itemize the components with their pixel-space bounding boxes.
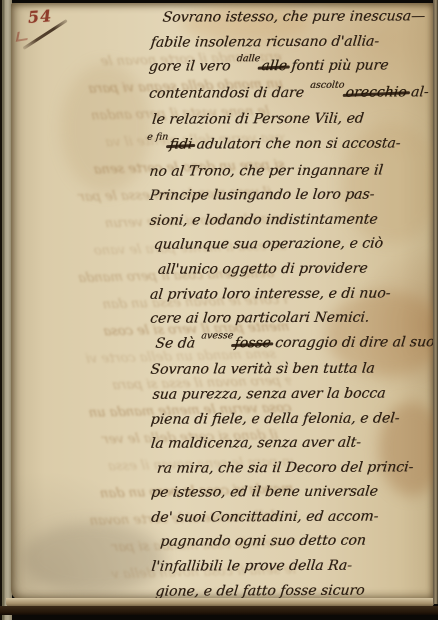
manuscript-line: ra mira, che sia il Decoro del princi- xyxy=(156,455,434,481)
line-text: sua purezza, senza aver la bocca xyxy=(152,385,387,402)
manuscript-line: Sovrano la verità sì ben tutta la xyxy=(149,357,434,383)
line-text: l'infallibili le prove della Ra- xyxy=(151,558,353,575)
manuscript-line: pe istesso, ed il bene universale xyxy=(150,480,434,506)
line-text: al privato loro interesse, e di nuo- xyxy=(149,285,391,302)
line-text: fabile insolenza ricusano d'allia- xyxy=(150,33,380,50)
manuscript-line: Sovrano istesso, che pure inescusa— xyxy=(161,4,434,30)
line-text: Sovrano istesso, che pure inescusa— xyxy=(162,8,426,25)
folio-number: 54 xyxy=(27,6,53,27)
line-text: sioni, e lodando indistintamente xyxy=(149,211,379,228)
manuscript-line: piena di fiele, e della felonia, e del- xyxy=(149,406,434,432)
struck-out-word: fosse xyxy=(234,335,272,351)
page-right-edge xyxy=(433,0,438,604)
line-text: le relazioni di Persone Vili, ed xyxy=(151,111,364,128)
manuscript-line: Se dà avessefosse coraggio di dire al su… xyxy=(154,330,434,358)
line-text: pagnando ogni suo detto con xyxy=(159,533,366,550)
folio-small-mark xyxy=(16,30,29,42)
line-text: all'unico oggetto di providere xyxy=(157,261,368,278)
line-text: cere ai loro particolari Nemici. xyxy=(149,310,370,327)
line-text: pe istesso, ed il bene universale xyxy=(150,484,378,501)
manuscript-line: pagnando ogni suo detto con xyxy=(159,529,434,555)
line-text: coraggio di dire al suo xyxy=(270,334,434,351)
manuscript-line: de' suoi Concittadini, ed accom- xyxy=(150,504,434,530)
manuscript-line: contentandosi di dare ascoltoorecchio al… xyxy=(148,80,434,108)
inserted-correction-word: ascolto xyxy=(309,74,346,99)
line-text: gione, e del fatto fosse sicuro xyxy=(155,582,366,599)
manuscript-line: e finfidi adulatori che non si accosta- xyxy=(144,131,434,159)
line-text: de' suoi Concittadini, ed accom- xyxy=(150,508,379,525)
line-text: piena di fiele, e della felonia, e del- xyxy=(150,410,400,427)
manuscript-line: sioni, e lodando indistintamente xyxy=(148,207,434,233)
line-text: no al Trono, che per ingannare il xyxy=(149,162,384,179)
manuscript-line: la maldicenza, senza aver alt- xyxy=(150,430,434,456)
line-text: Se dà xyxy=(155,335,201,351)
manuscript-line: gione, e del fatto fosse sicuro xyxy=(154,578,434,600)
manuscript-line: le relazioni di Persone Vili, ed xyxy=(151,107,434,133)
line-text: qualunque sua operazione, e ciò xyxy=(153,236,384,253)
manuscript-line: qualunque sua operazione, e ciò xyxy=(152,232,434,258)
line-text: contentandosi di dare xyxy=(148,85,309,102)
manuscript-line: no al Trono, che per ingannare il xyxy=(148,158,434,184)
struck-out-word: alle xyxy=(261,58,288,74)
line-text: ra mira, che sia il Decoro del princi- xyxy=(156,459,414,476)
line-text: Sovrano la verità sì ben tutta la xyxy=(150,361,376,378)
manuscript-line: cere ai loro particolari Nemici. xyxy=(149,305,434,331)
manuscript-line: l'infallibili le prove della Ra- xyxy=(150,553,434,579)
line-text: fonti più pure xyxy=(286,58,389,75)
manuscript-line: Principe lusingando le loro pas- xyxy=(148,182,434,208)
line-text: adulatori che non si accosta- xyxy=(191,135,401,152)
manuscript-line: al privato loro interesse, e di nuo- xyxy=(149,281,434,307)
line-text: gore il vero xyxy=(148,58,236,74)
manuscript-line: fabile insolenza ricusano d'allia- xyxy=(149,29,434,55)
manuscript-page: sera manda il corte novan leun mondo del… xyxy=(11,3,434,600)
manuscript-line: gore il vero dallealle fonti più pure xyxy=(147,53,434,81)
line-text: Principe lusingando le loro pas- xyxy=(149,187,375,204)
struck-out-word: fidi xyxy=(169,136,193,152)
book-cover-bottom-edge xyxy=(0,606,438,615)
inserted-correction-word: avesse xyxy=(200,324,234,349)
manuscript-lines: Sovrano istesso, che pure inescusa—fabil… xyxy=(148,3,434,600)
manuscript-line: all'unico oggetto di providere xyxy=(157,256,434,282)
scanned-manuscript-photo: { "document": { "kind": "aged handwritte… xyxy=(0,0,438,620)
manuscript-line: sua purezza, senza aver la bocca xyxy=(151,381,434,407)
struck-out-word: orecchio xyxy=(345,84,408,100)
line-text: la maldicenza, senza aver alt- xyxy=(150,435,362,452)
